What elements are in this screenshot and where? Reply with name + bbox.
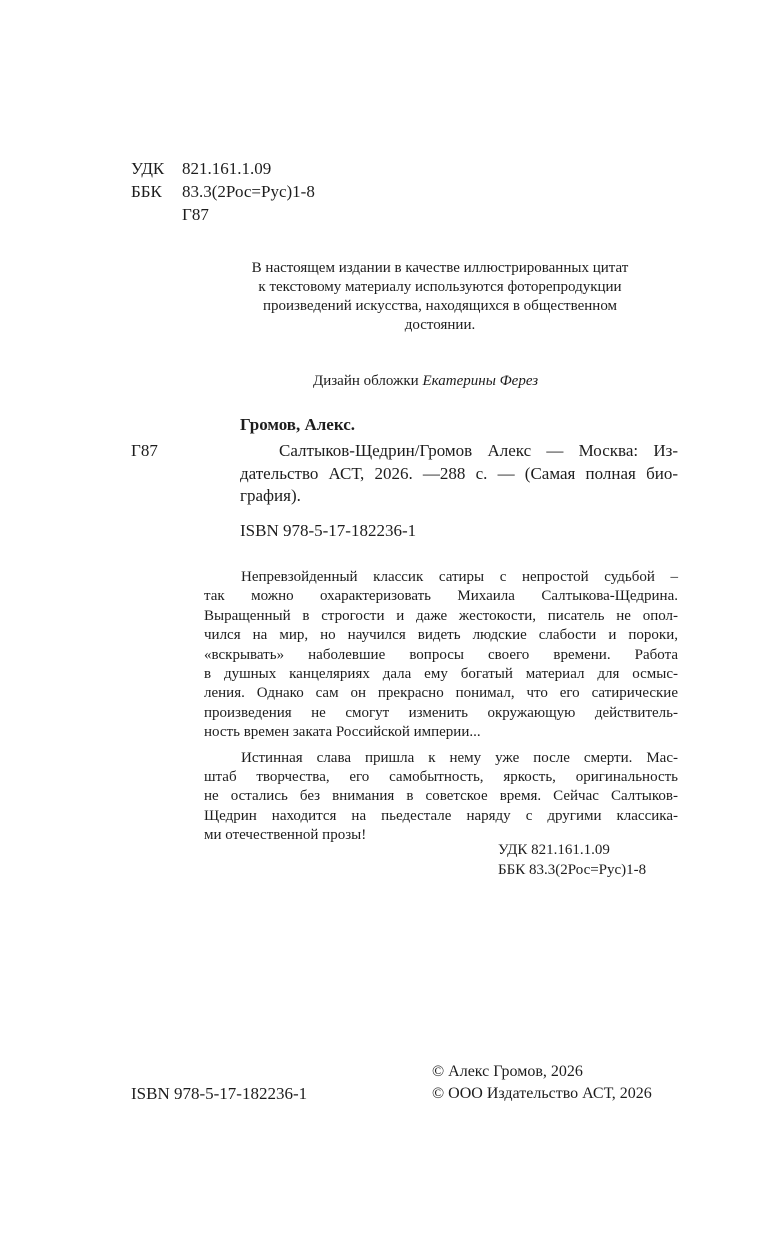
udk-label: УДК [131, 157, 182, 180]
annotation-line: ления. Однако сам он прекрасно понимал, … [204, 684, 678, 703]
annotation-line: чился на мир, но научился видеть людские… [204, 626, 678, 645]
annotation-classification: УДК 821.161.1.09 ББК 83.3(2Рос=Рус)1-8 [498, 840, 646, 880]
bibliographic-description: Салтыков-Щедрин/Громов Алекс — Москва: И… [240, 440, 678, 508]
annotation-line: штаб творчества, его самобытность, яркос… [204, 768, 678, 787]
cover-design-prefix: Дизайн обложки [313, 373, 422, 389]
annotation-line: ность времен заката Российской империи..… [204, 723, 678, 742]
annotation-line: так можно охарактеризовать Михаила Салты… [204, 587, 678, 606]
annotation: Непревзойденный классик сатиры с непрост… [204, 568, 678, 846]
annotation-line: Непревзойденный классик сатиры с непрост… [204, 568, 678, 587]
classification-block: УДК 821.161.1.09 ББК 83.3(2Рос=Рус)1-8 Г… [131, 157, 315, 226]
udk-row: УДК 821.161.1.09 [131, 157, 315, 180]
illustration-notice: В настоящем издании в качестве иллюстрир… [200, 259, 680, 335]
author-mark-row: Г87 [131, 203, 315, 226]
notice-line: произведений искусства, находящихся в об… [200, 297, 680, 316]
annotation-paragraph-1: Непревзойденный классик сатиры с непрост… [204, 568, 678, 743]
copyright-author: © Алекс Громов, 2026 [432, 1061, 652, 1083]
bbk-value: 83.3(2Рос=Рус)1-8 [182, 180, 315, 203]
author-heading: Громов, Алекс. [240, 414, 355, 436]
annotation-line: не остались без внимания в советское вре… [204, 787, 678, 806]
bib-author-mark: Г87 [131, 440, 158, 462]
bib-line: дательство АСТ, 2026. —288 с. — (Самая п… [240, 463, 678, 486]
annotation-line: произведения не смогут изменить окружающ… [204, 704, 678, 723]
bib-line: графия). [240, 485, 678, 508]
cover-design-credit: Дизайн обложки Екатерины Ферез [313, 372, 538, 391]
annotation-line: «вскрывать» наболевшие вопросы своего вр… [204, 646, 678, 665]
annotation-line: Истинная слава пришла к нему уже после с… [204, 749, 678, 768]
bbk-row: ББК 83.3(2Рос=Рус)1-8 [131, 180, 315, 203]
copyright-publisher: © ООО Издательство АСТ, 2026 [432, 1083, 652, 1105]
annotation-line: в душных канцеляриях дала ему богатый ма… [204, 665, 678, 684]
notice-line: В настоящем издании в качестве иллюстрир… [200, 259, 680, 278]
author-mark: Г87 [182, 203, 209, 226]
notice-line: достоянии. [200, 316, 680, 335]
bib-isbn: ISBN 978-5-17-182236-1 [240, 520, 416, 542]
annotation-bbk: ББК 83.3(2Рос=Рус)1-8 [498, 860, 646, 880]
cover-designer-name: Екатерины Ферез [422, 373, 538, 389]
bbk-label: ББК [131, 180, 182, 203]
footer-isbn: ISBN 978-5-17-182236-1 [131, 1083, 307, 1105]
udk-value: 821.161.1.09 [182, 157, 271, 180]
annotation-paragraph-2: Истинная слава пришла к нему уже после с… [204, 749, 678, 846]
annotation-udk: УДК 821.161.1.09 [498, 840, 646, 860]
notice-line: к текстовому материалу используются фото… [200, 278, 680, 297]
annotation-line: Щедрин находится на пьедестале наряду с … [204, 807, 678, 826]
bib-line: Салтыков-Щедрин/Громов Алекс — Москва: И… [240, 440, 678, 463]
annotation-line: Выращенный в строгости и даже жестокости… [204, 607, 678, 626]
copyright-block: © Алекс Громов, 2026 © ООО Издательство … [432, 1061, 652, 1105]
